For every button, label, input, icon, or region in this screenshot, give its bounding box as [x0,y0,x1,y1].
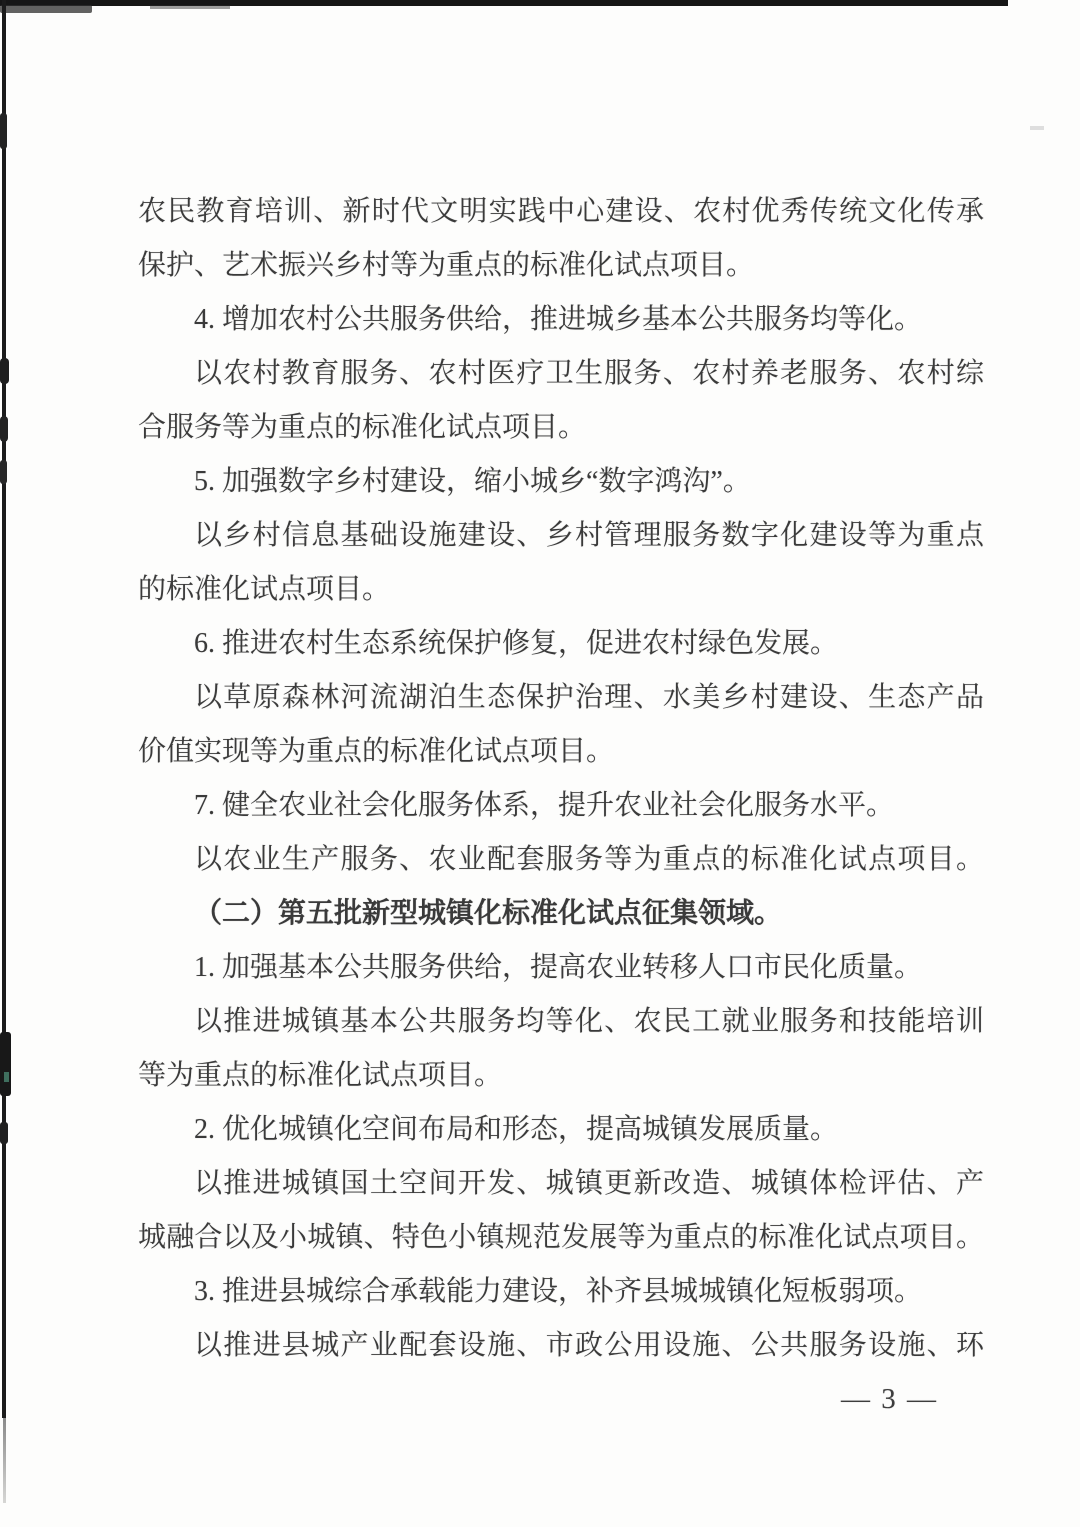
text-line: 3. 推进县城综合承载能力建设，补齐县城城镇化短板弱项。 [138,1265,984,1319]
scan-artifact [0,358,9,384]
page-number: — 3 — [841,1372,938,1426]
scan-artifact [0,460,7,484]
text-line: 的标准化试点项目。 [138,563,984,617]
text-line: 4. 增加农村公共服务供给，推进城乡基本公共服务均等化。 [138,293,984,347]
scan-left-edge [2,0,6,1418]
scanned-document-page: 农民教育培训、新时代文明实践中心建设、农村优秀传统文化传承 保护、艺术振兴乡村等… [0,0,1080,1527]
text-line: 以草原森林河流湖泊生态保护治理、水美乡村建设、生态产品 [138,671,984,725]
scan-top-edge-smudge [0,5,92,13]
scan-artifact [1030,126,1044,130]
text-line: 5. 加强数字乡村建设，缩小城乡“数字鸿沟”。 [138,455,984,509]
text-line: 价值实现等为重点的标准化试点项目。 [138,725,984,779]
document-body: 农民教育培训、新时代文明实践中心建设、农村优秀传统文化传承 保护、艺术振兴乡村等… [138,185,984,1373]
text-line: 1. 加强基本公共服务供给，提高农业转移人口市民化质量。 [138,941,984,995]
text-line: 城融合以及小城镇、特色小镇规范发展等为重点的标准化试点项目。 [138,1211,984,1265]
scan-artifact [4,1072,9,1082]
scan-top-edge-smudge [150,5,230,9]
text-line: 2. 优化城镇化空间布局和形态，提高城镇发展质量。 [138,1103,984,1157]
text-line: 7. 健全农业社会化服务体系，提升农业社会化服务水平。 [138,779,984,833]
text-line: 以推进县城产业配套设施、市政公用设施、公共服务设施、环 [138,1319,984,1373]
text-line: 以推进城镇国土空间开发、城镇更新改造、城镇体检评估、产 [138,1157,984,1211]
text-line: 等为重点的标准化试点项目。 [138,1049,984,1103]
scan-artifact [0,113,7,149]
text-line: 以农业生产服务、农业配套服务等为重点的标准化试点项目。 [138,833,984,887]
text-line: 农民教育培训、新时代文明实践中心建设、农村优秀传统文化传承 [138,185,984,239]
scan-artifact [0,1032,11,1096]
text-line: 以推进城镇基本公共服务均等化、农民工就业服务和技能培训 [138,995,984,1049]
scan-artifact [0,416,8,442]
scan-artifact [0,1122,8,1144]
section-heading: （二）第五批新型城镇化标准化试点征集领域。 [138,887,984,941]
text-line: 以乡村信息基础设施建设、乡村管理服务数字化建设等为重点 [138,509,984,563]
text-line: 以农村教育服务、农村医疗卫生服务、农村养老服务、农村综 [138,347,984,401]
text-line: 6. 推进农村生态系统保护修复，促进农村绿色发展。 [138,617,984,671]
text-line: 合服务等为重点的标准化试点项目。 [138,401,984,455]
text-line: 保护、艺术振兴乡村等为重点的标准化试点项目。 [138,239,984,293]
scan-left-edge-fade [3,1418,6,1503]
